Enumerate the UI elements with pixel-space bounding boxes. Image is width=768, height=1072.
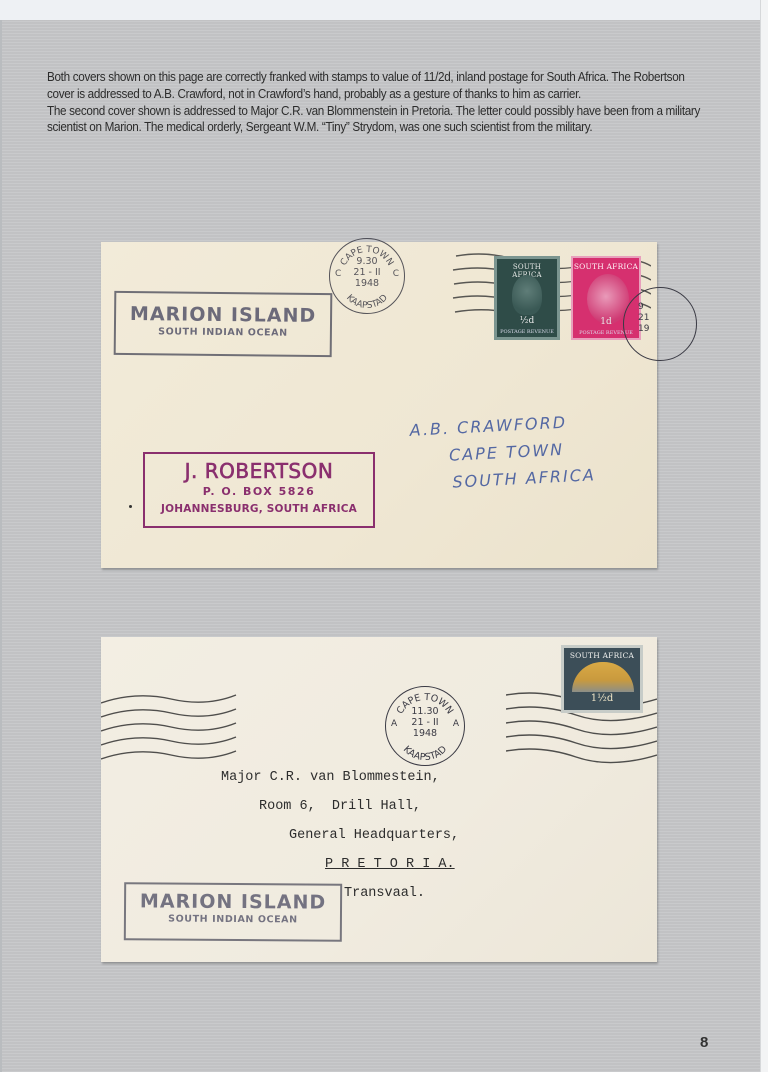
postmark-partial: 9 21 19 [623,287,697,361]
portrait-icon [512,275,542,315]
svg-text:KAAPSTAD: KAAPSTAD [344,293,390,311]
cachet-marion-island: MARION ISLAND SOUTH INDIAN OCEAN [114,291,333,357]
svg-text:KAAPSTAD: KAAPSTAD [401,744,449,763]
description-paragraph-1: Both covers shown on this page are corre… [47,69,709,103]
postmark-time: 11.30 [386,706,464,717]
page-number: 8 [700,1034,708,1051]
postmark-cape-town: CAPE TOWN KAAPSTAD 11.30 21 - II 1948 A … [385,686,465,766]
postmark-time: 9.30 [330,256,404,267]
postmark-cape-town: CAPE TOWN KAAPSTAD 9.30 21 - II 1948 C C [329,238,405,314]
stamp-half-penny: SOUTH AFRICA ½d POSTAGE REVENUE [494,256,560,340]
cover-robertson: CAPE TOWN KAAPSTAD 9.30 21 - II 1948 C C… [101,242,657,568]
postmark-year: 1948 [330,278,404,289]
cover-van-blommestein: SOUTH AFRICA 1½d CAPE TOWN KAAPSTAD 11.3… [101,637,657,962]
top-edge-strip [0,0,768,20]
cachet-sender-robertson: J. ROBERTSON P. O. BOX 5826 JOHANNESBURG… [143,452,375,528]
cachet-marion-island: MARION ISLAND SOUTH INDIAN OCEAN [124,882,342,942]
handwritten-address: A.B. CRAWFORD CAPE TOWN SOUTH AFRICA [409,407,596,497]
stamp-one-and-half-penny: SOUTH AFRICA 1½d [561,645,643,713]
right-edge-strip [760,0,768,1072]
wavy-cancel-left-icon [101,689,241,769]
description-paragraph-2: The second cover shown is addressed to M… [47,103,709,137]
gold-mine-icon [572,662,634,692]
page-description: Both covers shown on this page are corre… [47,69,709,136]
postmark-year: 1948 [386,728,464,739]
